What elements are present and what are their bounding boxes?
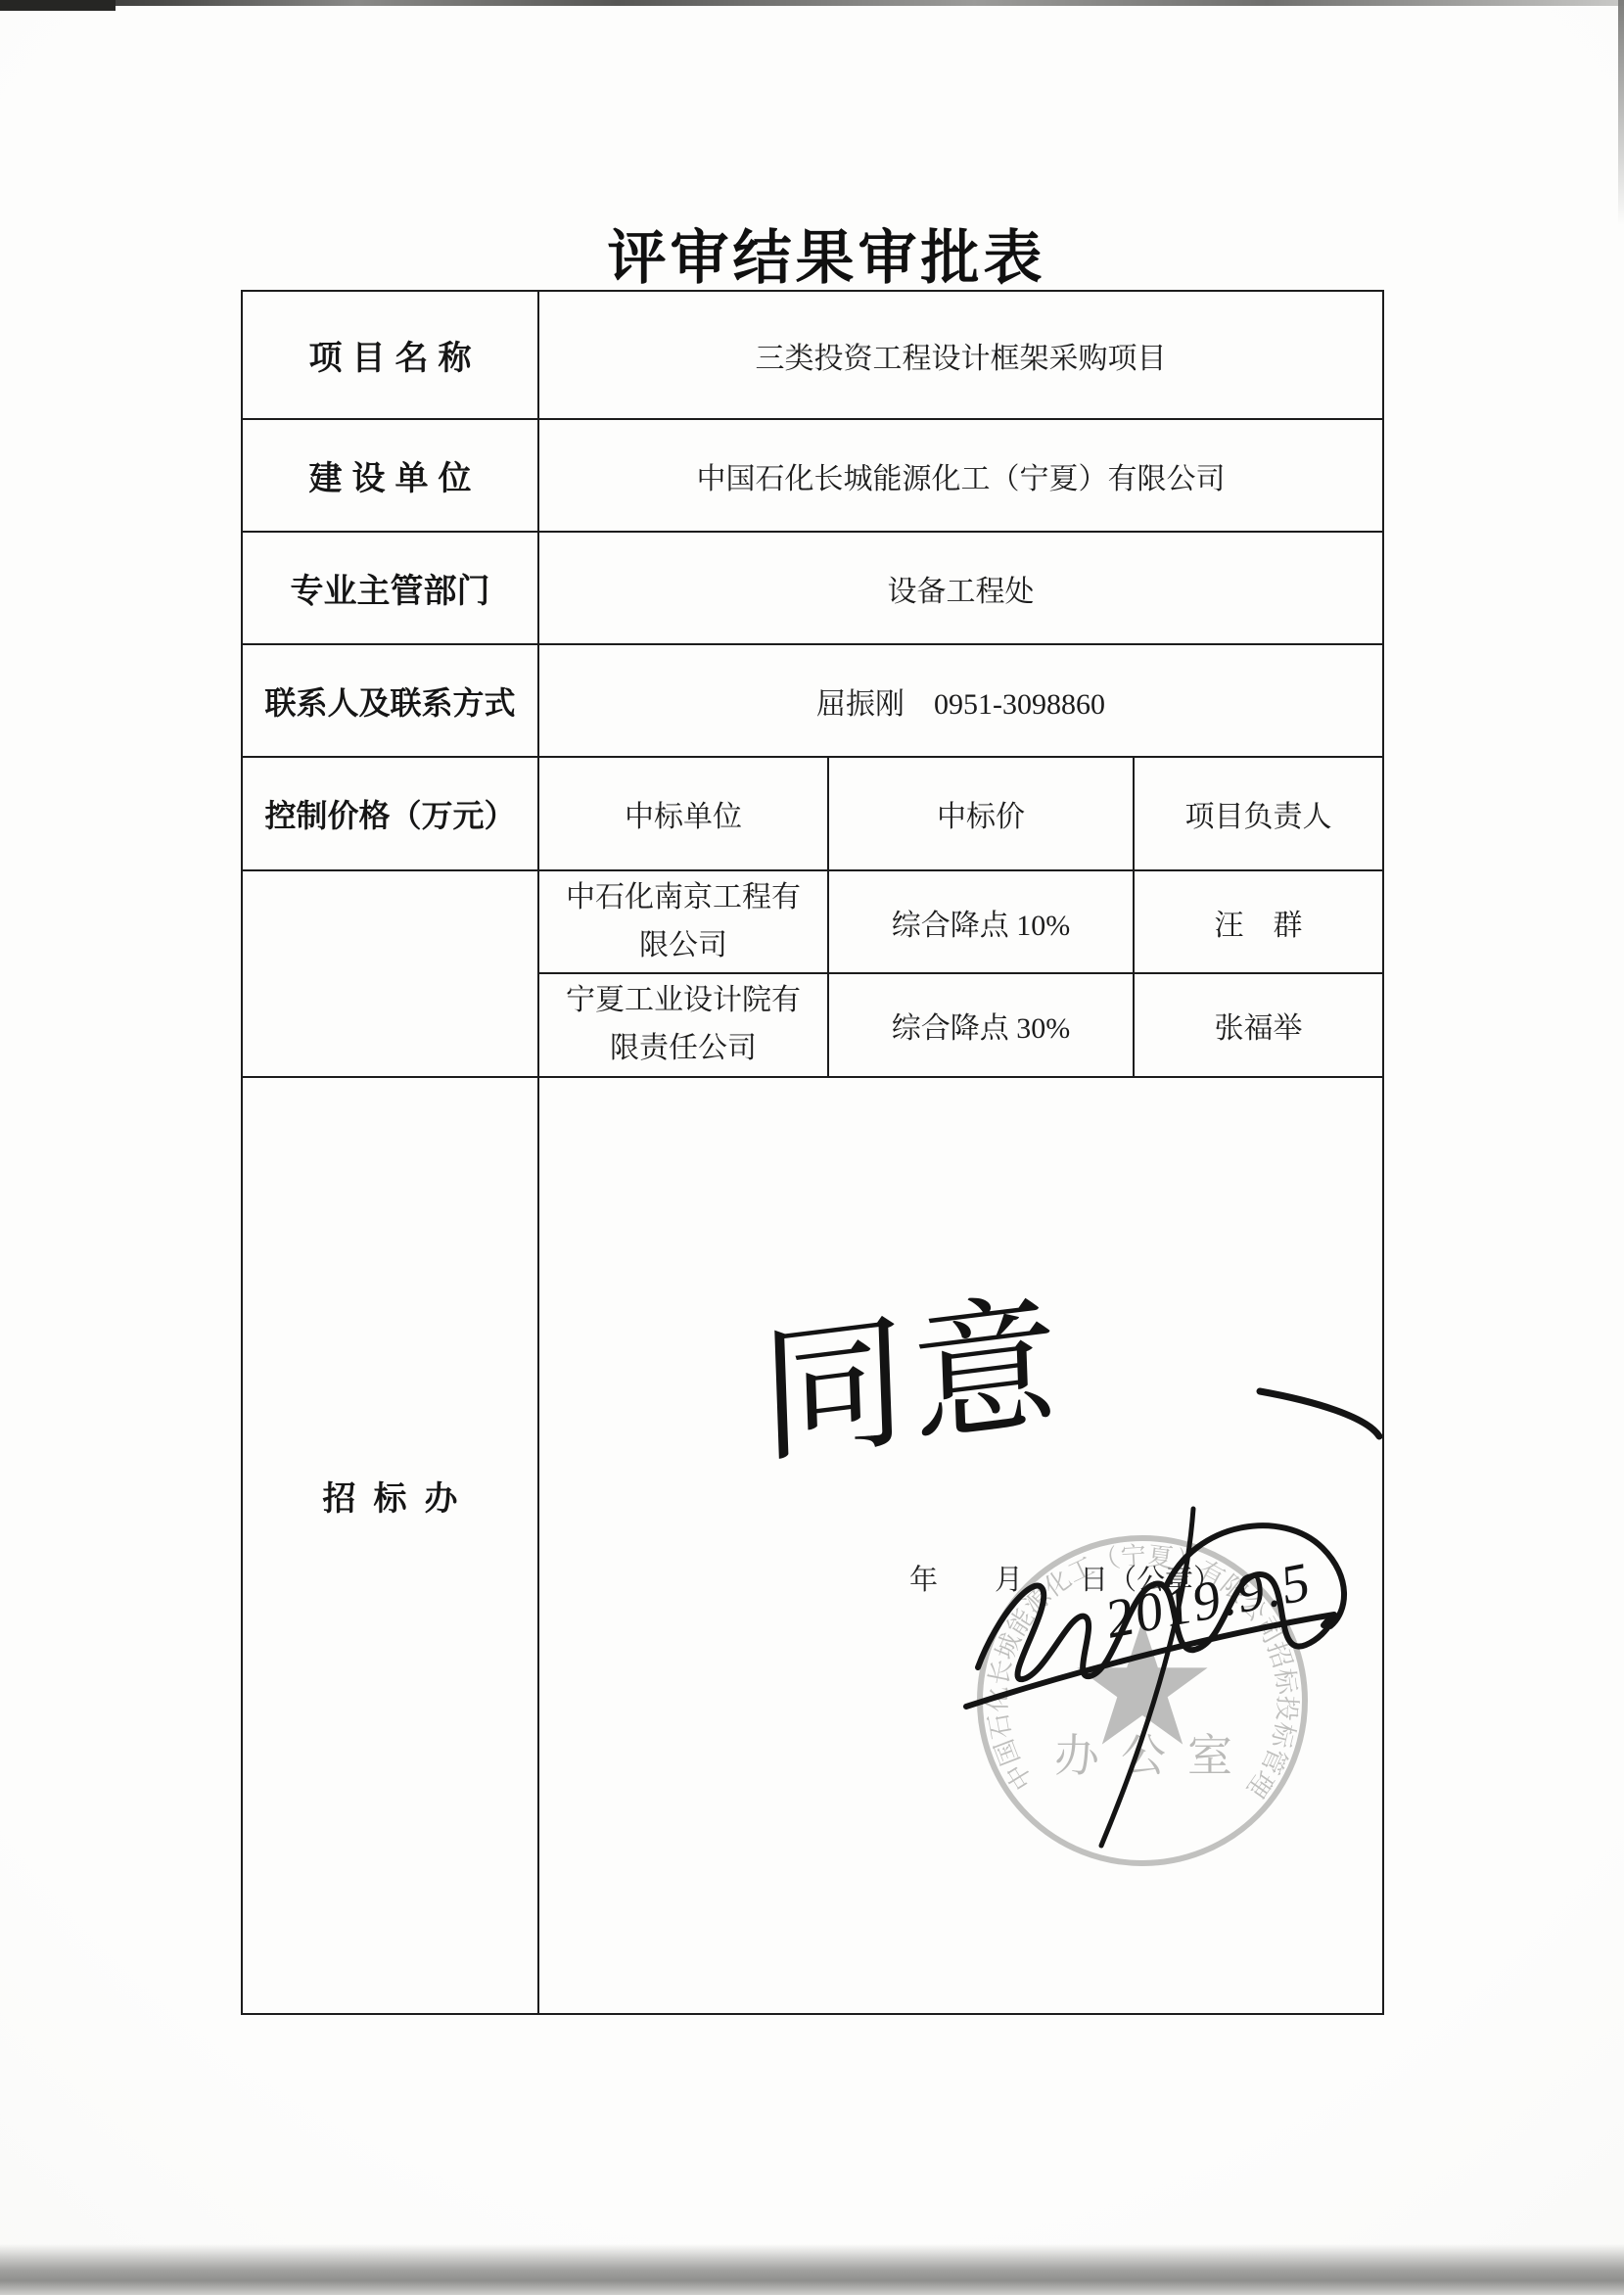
scan-artifact-top-edge <box>0 0 1624 6</box>
control-price-value-empty <box>243 869 537 1076</box>
bid-row-2-winner: 宁夏工业设计院有限责任公司 <box>537 972 827 1076</box>
bid-header-manager: 项目负责人 <box>1133 756 1382 869</box>
bid-row-1-winner: 中石化南京工程有限公司 <box>537 869 827 972</box>
field-label-construction-unit: 建设单位 <box>243 418 537 531</box>
seal-center-text: 办公室 <box>1054 1729 1254 1782</box>
field-label-department: 专业主管部门 <box>243 531 537 643</box>
approval-office-label: 招标办 <box>305 1472 476 1520</box>
bid-header-winner: 中标单位 <box>537 756 827 869</box>
scanned-document-page: 评审结果审批表 项目名称 三类投资工程设计框架采购项目 建设单位 中国石化长城能… <box>0 0 1624 2295</box>
approval-form-table: 项目名称 三类投资工程设计框架采购项目 建设单位 中国石化长城能源化工（宁夏）有… <box>241 290 1384 2015</box>
field-value-construction-unit: 中国石化长城能源化工（宁夏）有限公司 <box>537 418 1382 531</box>
handwritten-approval-text: 同意 <box>758 1287 1066 1478</box>
bid-row-1-price: 综合降点 10% <box>827 869 1133 972</box>
bid-row-2-manager: 张福举 <box>1133 972 1382 1076</box>
bid-row-2-price: 综合降点 30% <box>827 972 1133 1076</box>
bid-header-price: 中标价 <box>827 756 1133 869</box>
bid-row-1-manager: 汪 群 <box>1133 869 1382 972</box>
field-value-department: 设备工程处 <box>537 531 1382 643</box>
approval-office-label-cell: 招标办 <box>243 1076 537 2013</box>
signature-stroke-top-right <box>1260 1391 1379 1436</box>
field-label-contact: 联系人及联系方式 <box>243 643 537 756</box>
scan-artifact-top-left-corner <box>0 0 116 11</box>
control-price-label: 控制价格（万元） <box>243 756 537 869</box>
approval-signature-cell: 中国石化长城能源化工（宁夏）有限公司招标投标管理委员会 办公室 年 月 日（公章… <box>537 1076 1382 2013</box>
field-value-contact: 屈振刚 0951-3098860 <box>537 643 1382 756</box>
page-title: 评审结果审批表 <box>0 211 1624 296</box>
scan-artifact-right-edge <box>1618 0 1624 225</box>
field-label-project-name: 项目名称 <box>243 292 537 418</box>
field-value-project-name: 三类投资工程设计框架采购项目 <box>537 292 1382 418</box>
scan-artifact-bottom-edge <box>0 2244 1624 2295</box>
